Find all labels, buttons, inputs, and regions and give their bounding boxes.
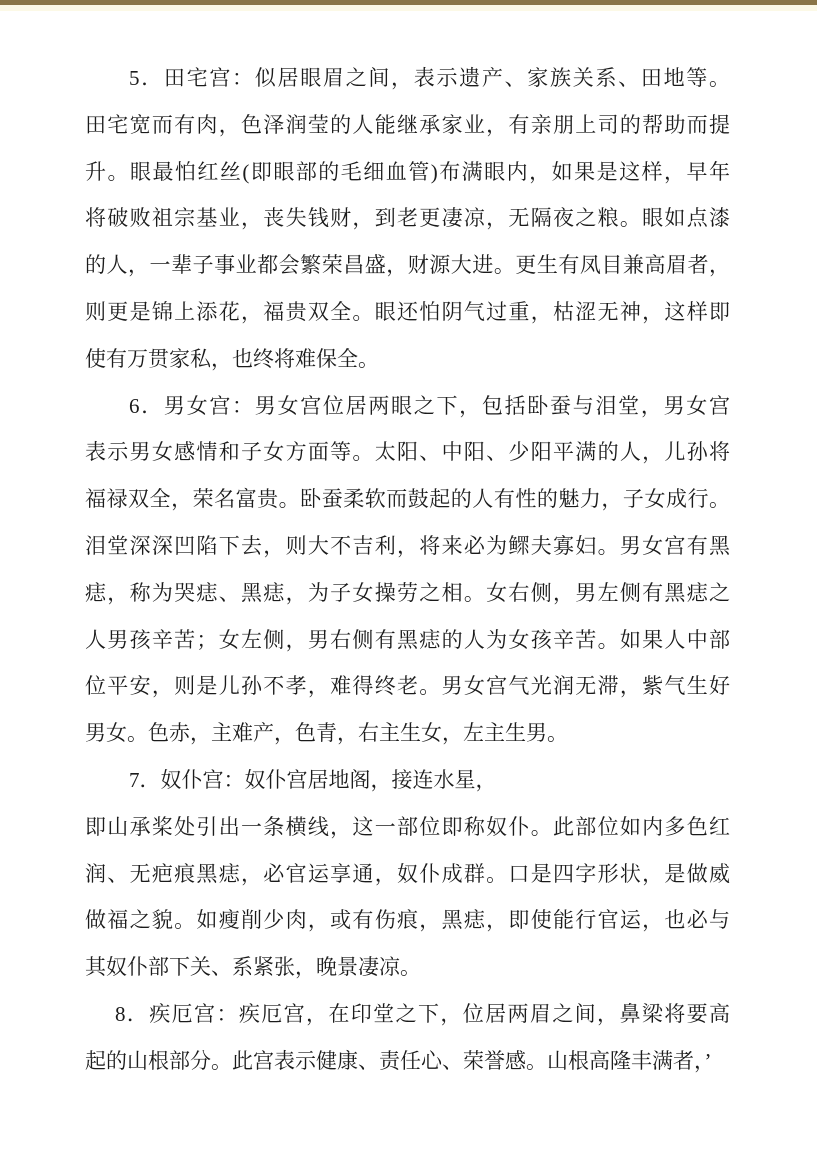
document-body: 5．田宅宫：似居眼眉之间，表示遗产、家族关系、田地等。 田宅宽而有肉，色泽润莹的… [85,55,730,1085]
text-line: 即山承桨处引出一条横线，这一部位即称奴仆。此部位如内多色红 [85,804,730,851]
text-line: 润、无疤痕黑痣，必官运享通，奴仆成群。口是四字形状，是做威 [85,851,730,898]
text-line: 将破败祖宗基业，丧失钱财，到老更凄凉，无隔夜之粮。眼如点漆 [85,195,730,242]
text-line: 使有万贯家私，也终将难保全。 [85,336,730,383]
text-line: 田宅宽而有肉，色泽润莹的人能继承家业，有亲朋上司的帮助而提 [85,102,730,149]
text-line: 8．疾厄宫：疾厄宫，在印堂之下，位居两眉之间，鼻梁将要高 [85,991,730,1038]
text-line: 5．田宅宫：似居眼眉之间，表示遗产、家族关系、田地等。 [85,55,730,102]
document-page: 5．田宅宫：似居眼眉之间，表示遗产、家族关系、田地等。 田宅宽而有肉，色泽润莹的… [0,0,817,1153]
text-line: 表示男女感情和子女方面等。太阳、中阳、少阳平满的人，儿孙将 [85,429,730,476]
text-line: 起的山根部分。此宫表示健康、责任心、荣誉感。山根高隆丰满者，’ [85,1038,730,1085]
text-line: 位平安，则是儿孙不孝，难得终老。男女宫气光润无滞，紫气生好 [85,663,730,710]
text-line: 福禄双全，荣名富贵。卧蚕柔软而鼓起的人有性的魅力，子女成行。 [85,476,730,523]
text-line: 痣，称为哭痣、黑痣，为子女操劳之相。女右侧，男左侧有黑痣之 [85,570,730,617]
text-line: 6．男女宫：男女宫位居两眼之下，包括卧蚕与泪堂，男女宫 [85,383,730,430]
text-line: 其奴仆部下关、系紧张，晚景凄凉。 [85,944,730,991]
text-line: 则更是锦上添花，福贵双全。眼还怕阴气过重，枯涩无神，这样即 [85,289,730,336]
text-line: 泪堂深深凹陷下去，则大不吉利，将来必为鳏夫寡妇。男女宫有黑 [85,523,730,570]
top-border-inner [0,5,817,11]
text-line: 的人，一辈子事业都会繁荣昌盛，财源大进。更生有凤目兼高眉者， [85,242,730,289]
text-line: 7．奴仆宫：奴仆宫居地阁，接连水星， [85,757,730,804]
text-line: 升。眼最怕红丝(即眼部的毛细血管)布满眼内，如果是这样，早年 [85,149,730,196]
text-line: 人男孩辛苦；女左侧，男右侧有黑痣的人为女孩辛苦。如果人中部 [85,617,730,664]
text-line: 男女。色赤，主难产，色青，右主生女，左主生男。 [85,710,730,757]
text-line: 做福之貌。如瘦削少肉，或有伤痕，黑痣，即使能行官运，也必与 [85,897,730,944]
